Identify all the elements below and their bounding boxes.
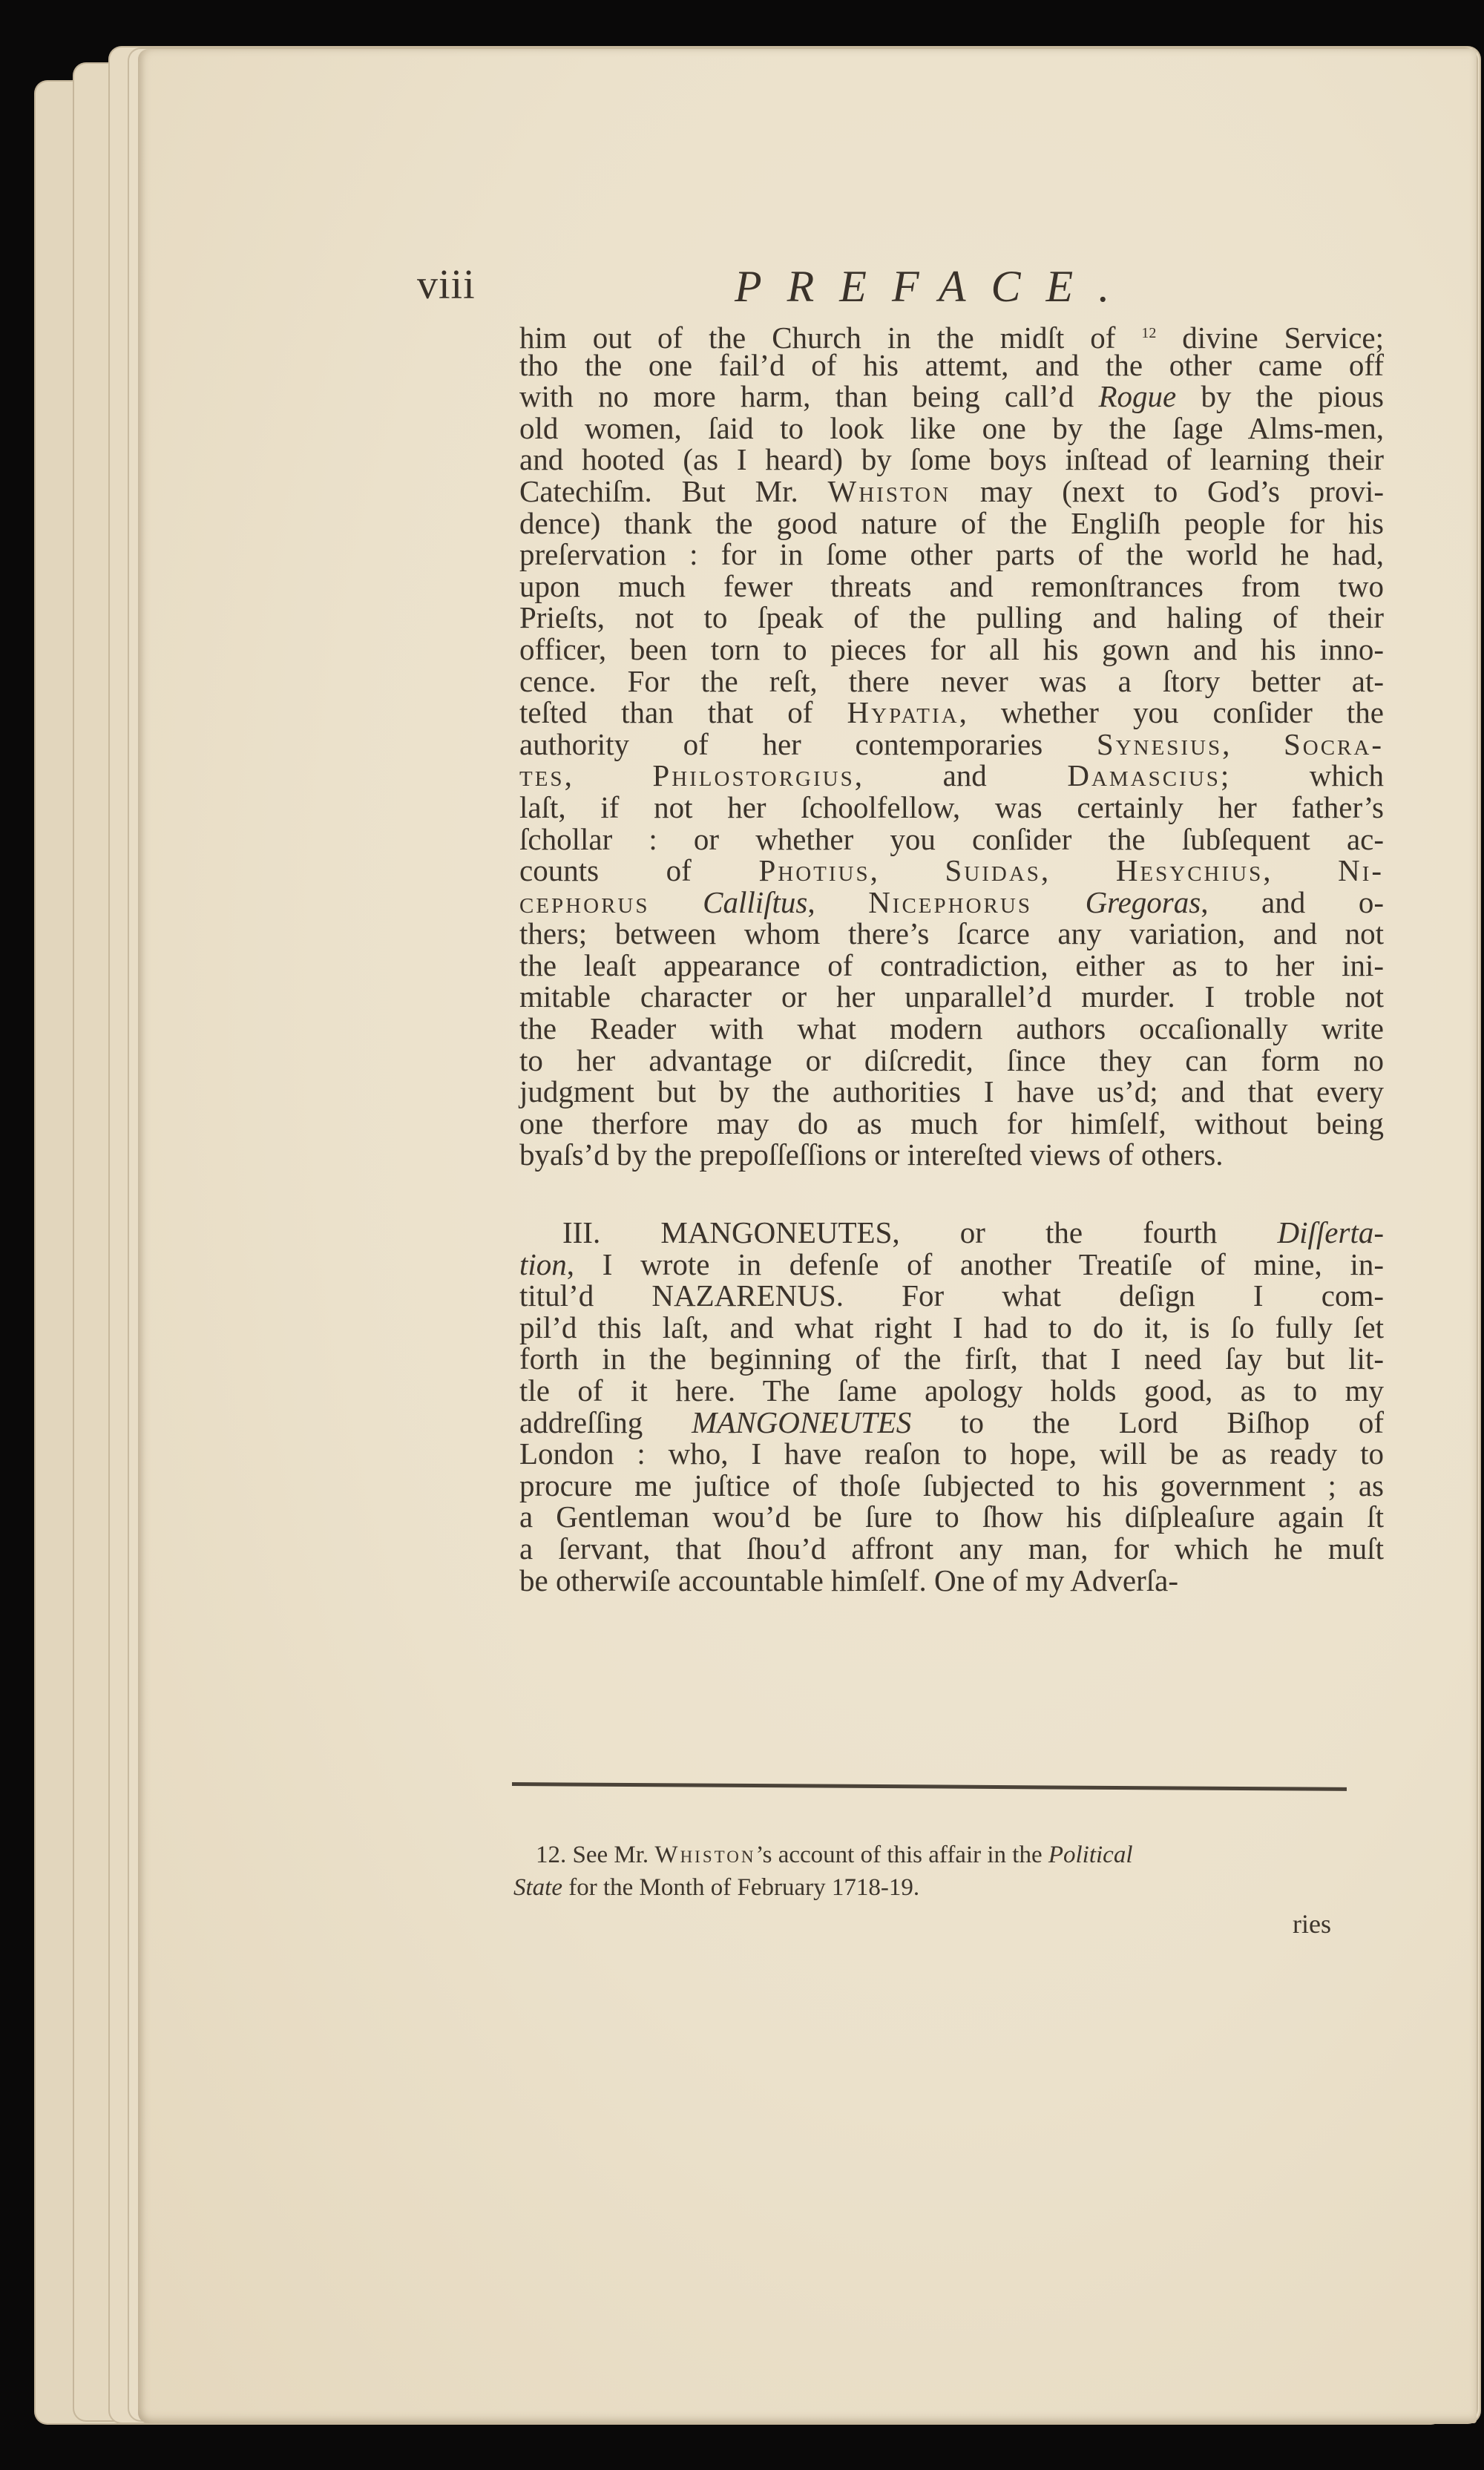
small-caps-name: Photius (758, 853, 870, 887)
small-caps-name: tes (519, 758, 565, 792)
page-number: viii (417, 261, 476, 309)
small-caps-name: cephorus (519, 885, 650, 919)
page-title: PREFACE. (735, 261, 1135, 312)
text-line: procure me juſtice of thoſe ſubjected to… (519, 1470, 1384, 1502)
footnote-italic: Political (1048, 1842, 1133, 1868)
small-caps-name: Damascius (1067, 758, 1220, 792)
text-line: London : who, I have reaſon to hope, wil… (519, 1438, 1384, 1470)
text-line: addreſſing MANGONEUTES to the Lord Biſho… (519, 1407, 1384, 1439)
text-line: ſchollar : or whether you conſider the ſ… (519, 824, 1384, 855)
text-line: mitable character or her unparallel’d mu… (519, 981, 1384, 1013)
small-caps-name: Philostorgius (652, 758, 854, 792)
italic-text: Gregoras (1086, 885, 1201, 919)
text-line: to her advantage or diſcredit, ſince the… (519, 1045, 1384, 1077)
text-line: Catechiſm. But Mr. Whiston may (next to … (519, 476, 1384, 508)
footnote-reference: 12 (1141, 325, 1156, 341)
italic-text: Diſſerta- (1278, 1215, 1384, 1249)
text-line: authority of her contemporaries Synesius… (519, 729, 1384, 761)
text-line: teſted than that of Hypatia, whether you… (519, 697, 1384, 729)
text-line: III. MANGONEUTES, or the fourth Diſſerta… (519, 1217, 1384, 1249)
running-head: viii PREFACE. (0, 261, 1484, 321)
text-line: and hooted (as I heard) by ſome boys inſ… (519, 444, 1384, 476)
text-line: pil’d this laſt, and what right I had to… (519, 1312, 1384, 1344)
text-line: the leaſt appearance of contradiction, e… (519, 950, 1384, 982)
footnote-text: for the Month of February 1718-19. (562, 1874, 919, 1901)
small-caps-name: Hypatia (847, 695, 959, 729)
text-line: a Gentleman wou’d be ſure to ſhow his di… (519, 1501, 1384, 1533)
small-caps-name: Whiston (828, 474, 951, 508)
small-caps-name: Suidas (945, 853, 1041, 887)
text-line: officer, been torn to pieces for all his… (519, 634, 1384, 666)
text-line: tle of it here. The ſame apology holds g… (519, 1375, 1384, 1407)
text-line: the Reader with what modern authors occa… (519, 1013, 1384, 1045)
text-line: him out of the Church in the midſt of 12… (519, 318, 1384, 349)
body-text: him out of the Church in the midſt of 12… (519, 318, 1384, 1596)
footnote-name: Whiston (654, 1842, 755, 1868)
small-caps-name: Hesychius (1116, 853, 1263, 887)
footnote-italic: State (513, 1874, 562, 1901)
text-line: laſt, if not her ſchoolfellow, was certa… (519, 792, 1384, 824)
text-line: old women, ſaid to look like one by the … (519, 413, 1384, 444)
text-line: with no more harm, than being call’d Rog… (519, 381, 1384, 413)
text-line: preſervation : for in ſome other parts o… (519, 539, 1384, 571)
footnote-line-1: 12. See Mr. Whiston’s account of this af… (536, 1839, 1359, 1871)
text-line: a ſervant, that ſhou’d affront any man, … (519, 1533, 1384, 1565)
text-line: cephorus Calliſtus, Nicephorus Gregoras,… (519, 887, 1384, 919)
text-line: judgment but by the authorities I have u… (519, 1076, 1384, 1108)
text-line: upon much fewer threats and remonſtrance… (519, 571, 1384, 602)
text-line: forth in the beginning of the firſt, tha… (519, 1343, 1384, 1375)
paragraph-1: him out of the Church in the midſt of 12… (519, 318, 1384, 1171)
text-line: tes, Philostorgius, and Damascius; which (519, 760, 1384, 792)
catchword: ries (1293, 1908, 1331, 1939)
paragraph-2: III. MANGONEUTES, or the fourth Diſſerta… (519, 1217, 1384, 1596)
text-line: titul’d NAZARENUS. For what deſign I com… (519, 1280, 1384, 1312)
footnote-text: ’s account of this affair in the (755, 1842, 1048, 1868)
text-line: counts of Photius, Suidas, Hesychius, Ni… (519, 855, 1384, 887)
text-line: Prieſts, not to ſpeak of the pulling and… (519, 602, 1384, 634)
text-line: dence) thank the good nature of the Engl… (519, 508, 1384, 539)
footnote-line-2: State for the Month of February 1718-19. (513, 1871, 1359, 1904)
text-line: one therfore may do as much for himſelf,… (519, 1108, 1384, 1140)
small-caps-name: Nicephorus (868, 885, 1032, 919)
footnote-text: See Mr. (573, 1842, 655, 1868)
footnote-number: 12. (536, 1842, 566, 1868)
text-line: thers; between whom there’s ſcarce any v… (519, 918, 1384, 950)
text-line: be otherwiſe accountable himſelf. One of… (519, 1565, 1384, 1597)
italic-text: Rogue (1099, 379, 1177, 413)
small-caps-name: Synesius (1097, 727, 1222, 761)
text-line: tion, I wrote in defenſe of another Trea… (519, 1249, 1384, 1281)
text-line: byaſs’d by the prepoſſeſſions or intereſ… (519, 1139, 1384, 1171)
italic-text: MANGONEUTES (692, 1405, 911, 1439)
text-line: tho the one fail’d of his attemt, and th… (519, 349, 1384, 381)
footnote: 12. See Mr. Whiston’s account of this af… (536, 1839, 1359, 1904)
italic-text: tion (519, 1247, 567, 1281)
small-caps-name: Ni- (1338, 853, 1384, 887)
text-line: cence. For the reſt, there never was a ſ… (519, 666, 1384, 697)
italic-text: Calliſtus (703, 885, 807, 919)
small-caps-name: Socra- (1284, 727, 1384, 761)
